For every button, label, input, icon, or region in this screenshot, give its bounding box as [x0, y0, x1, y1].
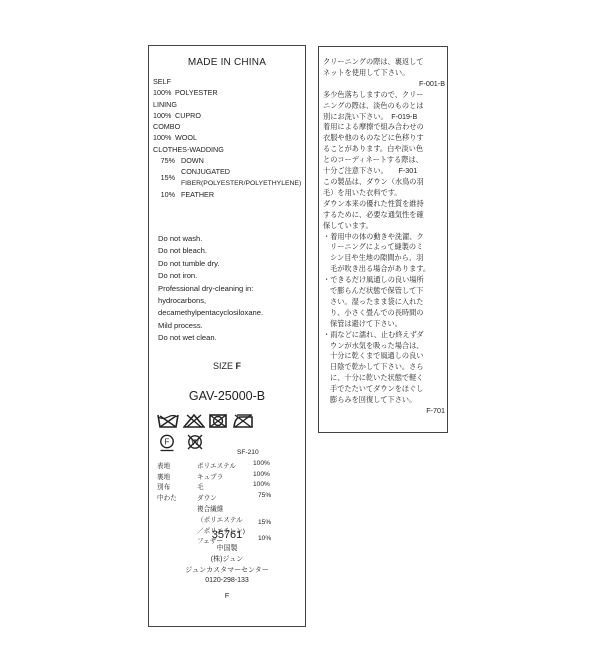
care-note-line: り、小さく畳んでの長時間の: [323, 308, 445, 319]
care-note-line: ることがあります。白や淡い色: [323, 144, 445, 155]
do-not-bleach-icon: [183, 414, 205, 428]
company-name: (株)ジュン: [149, 555, 305, 566]
do-not-wet-clean-icon: W: [187, 434, 203, 450]
jp-composition-row: 中わたダウン75%: [157, 492, 302, 503]
care-note-line: ダウン本来の優れた性質を維持: [323, 199, 445, 210]
care-note-line: 十分ご注意下さい。 F-301: [323, 166, 445, 177]
care-note-line: ウンが水気を吸った場合は、: [323, 341, 445, 352]
composition-heading-wadding: CLOTHES-WADDING: [153, 144, 224, 155]
composition-row: 75%DOWN: [153, 155, 224, 166]
care-note-line: ・着用中の体の動きや洗濯、ク: [323, 232, 445, 243]
care-note-line: 着用による摩擦で組み合わせの: [323, 122, 445, 133]
svg-text:F: F: [165, 438, 170, 447]
care-note-line: 保管は避けて下さい。: [323, 319, 445, 330]
jp-composition-row: 表地ポリエステル100%: [157, 460, 302, 471]
care-code: F-701: [323, 406, 445, 417]
composition-row: 10%FEATHER: [153, 189, 224, 200]
care-note-line: に、十分に乾いた状態で軽く: [323, 373, 445, 384]
care-note-line: するために、必要な通気性を確: [323, 210, 445, 221]
size-value: F: [236, 361, 242, 371]
care-line: Professional dry-cleaning in:: [158, 283, 263, 295]
model-number: GAV-25000-B: [149, 389, 305, 403]
care-line: Mild process.: [158, 320, 263, 332]
care-note-line: 十分に乾くまで風通しの良い: [323, 351, 445, 362]
jp-composition-row: （ポリエステル15%: [157, 514, 302, 525]
care-note-line: とのコーディネートする際は、: [323, 155, 445, 166]
care-note-line: 別にお洗い下さい。 F-019-B: [323, 112, 445, 123]
care-note-line: さい。湿ったまま袋に入れた: [323, 297, 445, 308]
phone-number: 0120-298-133: [149, 576, 305, 587]
care-note-line: 衣服や他のものなどに色移りす: [323, 133, 445, 144]
care-note-line: 保しています。: [323, 221, 445, 232]
composition-row: 100%WOOL: [153, 132, 224, 143]
product-number: 35761: [149, 529, 305, 541]
care-line: decamethylpentacyclosiloxane.: [158, 307, 263, 319]
composition-row: 100%CUPRO: [153, 110, 224, 121]
care-note-line: 多少色落ちしますので、クリー: [323, 90, 445, 101]
care-note-line: 手でたたいてダウンをほぐし: [323, 384, 445, 395]
care-line: Do not wet clean.: [158, 332, 263, 344]
care-line: Do not wash.: [158, 233, 263, 245]
care-note-line: リーニングによって縫製のミ: [323, 242, 445, 253]
composition-section: SELF 100%POLYESTER LINING 100%CUPRO COMB…: [153, 76, 224, 200]
composition-heading-lining: LINING: [153, 99, 224, 110]
care-note-line: 膨らみを回復して下さい。: [323, 395, 445, 406]
care-note-line: クリーニングの際は、裏返して: [323, 57, 445, 68]
size-indicator: SIZE F: [149, 361, 305, 371]
do-not-iron-icon: [231, 414, 253, 428]
origin-jp: 中国製: [149, 544, 305, 555]
composition-row: 100%POLYESTER: [153, 87, 224, 98]
care-note-line: ネットを使用して下さい。: [323, 68, 445, 79]
care-note-line: ・雨などに濡れ、止む終えずダ: [323, 330, 445, 341]
care-note-line: 毛）を用いた衣料です。: [323, 188, 445, 199]
jp-code: SF-210: [237, 449, 259, 456]
do-not-tumble-dry-icon: [209, 414, 227, 428]
care-label-english: MADE IN CHINA SELF 100%POLYESTER LINING …: [148, 45, 306, 627]
jp-composition-row: 裏地キュプラ100%: [157, 471, 302, 482]
origin-title: MADE IN CHINA: [149, 57, 305, 68]
jp-composition-row: 複合繊維: [157, 503, 302, 514]
care-note-line: ・できるだけ風通しの良い場所: [323, 275, 445, 286]
footer-size: F: [149, 592, 305, 603]
care-note-line: ニングの際は、淡色のものとは: [323, 101, 445, 112]
jp-code-row: SF-210: [157, 449, 302, 460]
care-instructions: Do not wash. Do not bleach. Do not tumbl…: [158, 233, 263, 345]
label-footer: 35761 中国製 (株)ジュン ジュンカスタマーセンター 0120-298-1…: [149, 529, 305, 603]
care-label-japanese: クリーニングの際は、裏返してネットを使用して下さい。F-001-B多少色落ちしま…: [318, 46, 448, 433]
composition-heading-combo: COMBO: [153, 121, 224, 132]
customer-center: ジュンカスタマーセンター: [149, 566, 305, 577]
japanese-care-notes: クリーニングの際は、裏返してネットを使用して下さい。F-001-B多少色落ちしま…: [323, 57, 445, 417]
composition-heading-self: SELF: [153, 76, 224, 87]
care-line: Do not tumble dry.: [158, 258, 263, 270]
do-not-wash-icon: [157, 414, 179, 428]
jp-composition-row: 別布毛100%: [157, 481, 302, 492]
care-note-line: 日陰で乾かして下さい。さら: [323, 362, 445, 373]
composition-row: 15% CONJUGATED FIBER(POLYESTER/POLYETHYL…: [153, 166, 224, 189]
care-note-line: 毛が吹き出る場合があります。: [323, 264, 445, 275]
care-line: Do not bleach.: [158, 245, 263, 257]
care-note-line: この製品は、ダウン（水鳥の羽: [323, 177, 445, 188]
care-note-line: シン目や生地の隙間から、羽: [323, 253, 445, 264]
care-note-line: で膨らんだ状態で保管して下: [323, 286, 445, 297]
care-symbols-row: [157, 414, 253, 430]
care-line: Do not iron.: [158, 270, 263, 282]
care-code: F-001-B: [323, 79, 445, 90]
care-line: hydrocarbons,: [158, 295, 263, 307]
